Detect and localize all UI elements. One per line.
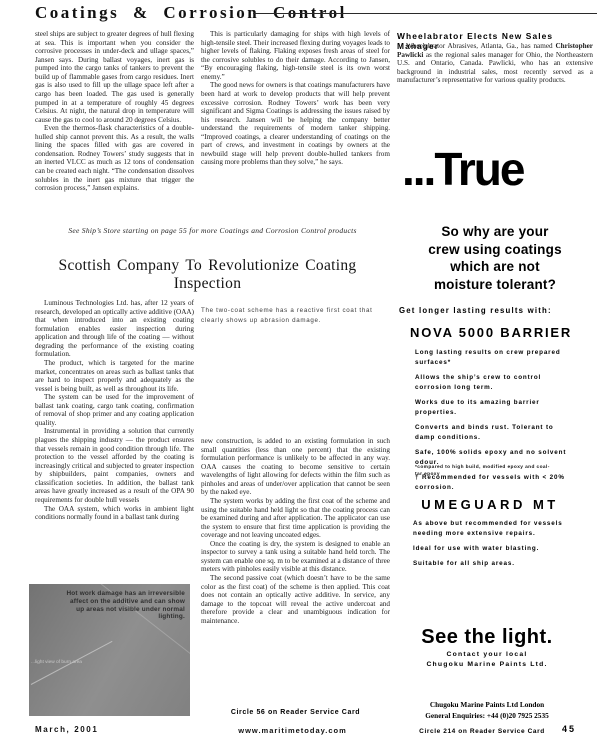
news-text: as the regional sales manager for Ohio, … xyxy=(397,51,593,85)
benefit-item: Long lasting results on crew prepared su… xyxy=(415,348,573,368)
ad-question-line: which are not xyxy=(397,258,593,276)
ad-footnote: *compared to high build, modified epoxy … xyxy=(415,464,555,478)
two-coat-caption: The two-coat scheme has a reactive first… xyxy=(201,306,387,325)
article2-column1: Luminous Technologies Ltd. has, after 12… xyxy=(35,299,194,522)
article2-title: Scottish Company To Revolutionize Coatin… xyxy=(25,257,390,293)
photo-inset-label: ...light view of burn area xyxy=(31,660,82,665)
ad-question-line: crew using coatings xyxy=(397,241,593,259)
ad-company-block: Chugoku Marine Paints Ltd London General… xyxy=(397,700,577,722)
product2-benefit-list: As above but recommended for vessels nee… xyxy=(413,519,581,575)
ad-contact-line: Contact your local xyxy=(397,651,577,658)
footer-issue-date: March, 2001 xyxy=(35,725,98,734)
news-brief-body: Wheelabrator Abrasives, Atlanta, Ga., ha… xyxy=(397,42,593,85)
article1-column2: This is particularly damaging for ships … xyxy=(201,30,390,167)
company-name: Chugoku Marine Paints Ltd London xyxy=(397,700,577,711)
hot-work-damage-photo: Hot work damage has an irreversible affe… xyxy=(29,584,190,716)
product-name-nova-5000-barrier: NOVA 5000 BARRIER xyxy=(410,325,572,340)
article-paragraph: Luminous Technologies Ltd. has, after 12… xyxy=(35,299,194,359)
news-text: Wheelabrator Abrasives, Atlanta, Ga., ha… xyxy=(406,42,555,50)
article-paragraph: This is particularly damaging for ships … xyxy=(201,30,390,81)
ad-question-line: moisture tolerant? xyxy=(397,276,593,294)
article2-column2: new construction, is added to an existin… xyxy=(201,437,390,625)
ad-lead-in: Get longer lasting results with: xyxy=(399,306,552,315)
article-paragraph: The system works by adding the first coa… xyxy=(201,497,390,540)
reader-service-card-56: Circle 56 on Reader Service Card xyxy=(201,709,390,716)
ad-question: So why are your crew using coatings whic… xyxy=(397,223,593,293)
article-paragraph: Instrumental in providing a solution tha… xyxy=(35,427,194,504)
footer-website: www.maritimetoday.com xyxy=(210,726,375,735)
benefit-item: Allows the ship’s crew to control corros… xyxy=(415,373,573,393)
company-phone: General Enquiries: +44 (0)20 7925 2535 xyxy=(397,711,577,722)
photo-caption: Hot work damage has an irreversible affe… xyxy=(65,590,185,621)
ad-slogan: See the light. xyxy=(397,626,577,649)
ad-headline: ...True xyxy=(402,146,523,192)
ships-store-note: See Ship’s Store starting on page 55 for… xyxy=(35,226,390,235)
article-paragraph: The good news for owners is that coating… xyxy=(201,81,390,167)
page-number: 45 xyxy=(562,724,576,734)
ad-contact-company: Chugoku Marine Paints Ltd. xyxy=(397,661,577,668)
article-paragraph: The second passive coat (which doesn’t h… xyxy=(201,574,390,625)
article1-column1: steel ships are subject to greater degre… xyxy=(35,30,194,193)
masthead-rule xyxy=(253,13,597,14)
article-paragraph: new construction, is added to an existin… xyxy=(201,437,390,497)
reader-service-card-214: Circle 214 on Reader Service Card xyxy=(397,728,567,735)
ad-question-line: So why are your xyxy=(397,223,593,241)
article-paragraph: steel ships are subject to greater degre… xyxy=(35,30,194,124)
article-paragraph: Even the thermos-flask characteristics o… xyxy=(35,124,194,193)
article-paragraph: The OAA system, which works in ambient l… xyxy=(35,505,194,522)
article-paragraph: The product, which is targeted for the m… xyxy=(35,359,194,393)
benefit-item: Ideal for use with water blasting. xyxy=(413,544,581,554)
benefit-item: Suitable for all ship areas. xyxy=(413,559,581,569)
news-paragraph: Wheelabrator Abrasives, Atlanta, Ga., ha… xyxy=(397,42,593,85)
benefit-item: Works due to its amazing barrier propert… xyxy=(415,398,573,418)
article-paragraph: The system can be used for the improveme… xyxy=(35,393,194,427)
article-paragraph: Once the coating is dry, the system is d… xyxy=(201,540,390,574)
benefit-item: Converts and binds rust. Tolerant to dam… xyxy=(415,423,573,443)
product-name-umeguard-mt: UMEGUARD MT xyxy=(397,497,583,512)
benefit-item: As above but recommended for vessels nee… xyxy=(413,519,581,539)
